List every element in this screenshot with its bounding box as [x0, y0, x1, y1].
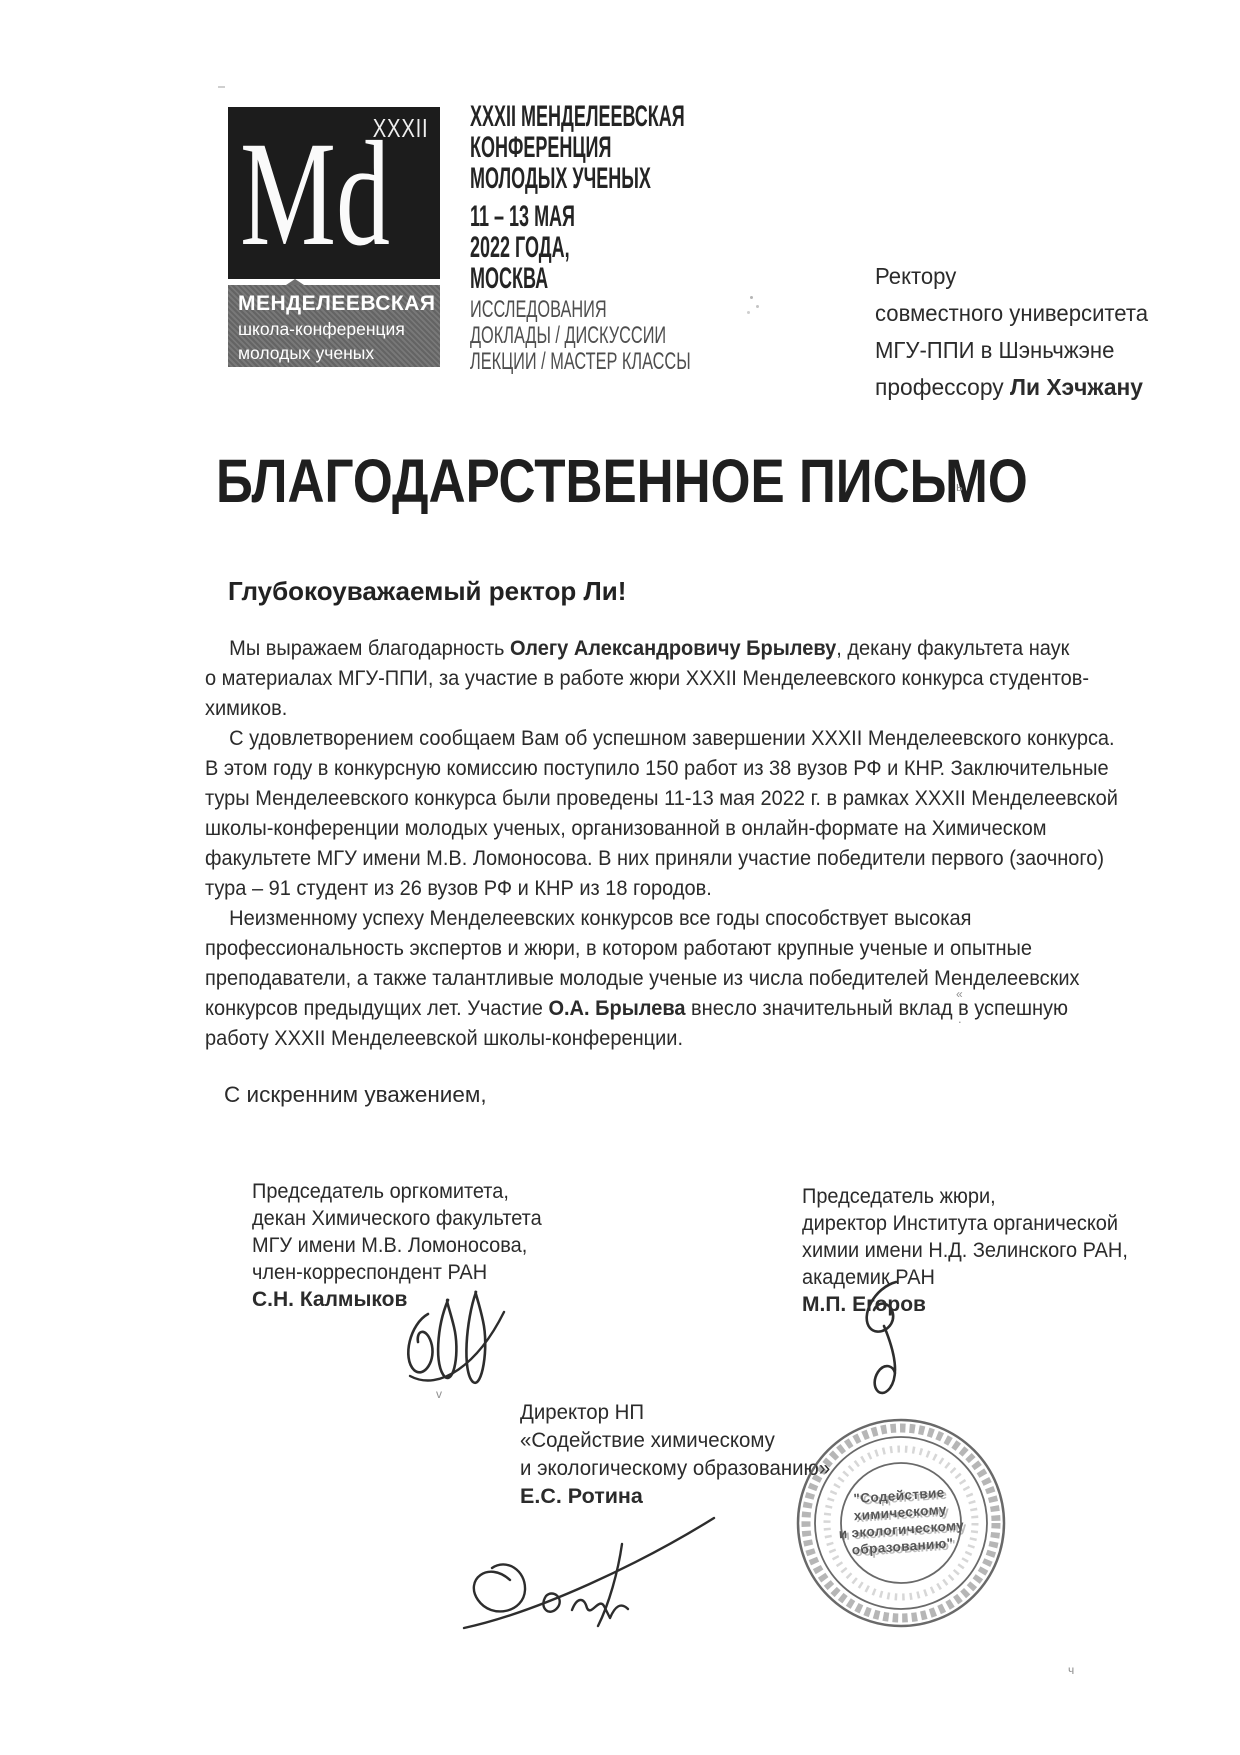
signature-stroke	[572, 1600, 628, 1618]
text-line: профессиональность экспертов и жюри, в к…	[205, 933, 977, 963]
conference-logo-band: МЕНДЕЛЕЕВСКАЯ школа-конференция молодых …	[228, 285, 440, 367]
text-line: о материалах МГУ-ППИ, за участие в работ…	[205, 663, 977, 693]
signatory-right-titles: Председатель жюри,директор Института орг…	[802, 1183, 1145, 1291]
scan-smudge	[750, 296, 753, 299]
bold-text-segment: О.А. Брылева	[548, 996, 685, 1020]
logo-band-subtitle2: молодых ученых	[238, 341, 440, 365]
text-line: химиков.	[205, 693, 977, 723]
text-line: С удовлетворением сообщаем Вам об успешн…	[205, 723, 977, 753]
text-line: конкурсов предыдущих лет. Участие О.А. Б…	[205, 993, 977, 1023]
text-line: Председатель жюри,	[802, 1183, 1128, 1210]
signatory-chairman-jury: Председатель жюри,директор Института орг…	[802, 1183, 1145, 1318]
conference-subtitle-lines: ИССЛЕДОВАНИЯДОКЛАДЫ / ДИСКУССИИЛЕКЦИИ / …	[470, 297, 890, 375]
text-line: МГУ имени М.В. Ломоносова,	[252, 1232, 542, 1259]
text-line: 2022 ГОДА,	[470, 232, 722, 263]
text-segment: конкурсов предыдущих лет. Участие	[205, 996, 548, 1020]
recipient-prefix: профессору	[875, 374, 1010, 400]
recipient-last-line: профессору Ли Хэчжану	[875, 369, 1205, 406]
logo-band-subtitle: школа-конференция	[238, 317, 440, 341]
text-line: В этом году в конкурсную комиссию поступ…	[205, 753, 977, 783]
text-line: химии имени Н.Д. Зелинского РАН,	[802, 1237, 1128, 1264]
text-line: директор Института органической	[802, 1210, 1128, 1237]
signature-stroke	[543, 1594, 559, 1612]
text-line: КОНФЕРЕНЦИЯ	[470, 132, 722, 163]
conference-title-lines: XXXII МЕНДЕЛЕЕВСКАЯКОНФЕРЕНЦИЯМОЛОДЫХ УЧ…	[470, 101, 890, 194]
text-line: МОЛОДЫХ УЧЕНЫХ	[470, 163, 722, 194]
text-line: школы-конференции молодых ученых, органи…	[205, 813, 977, 843]
signatory-left-titles: Председатель оргкомитета,декан Химическо…	[252, 1178, 557, 1286]
text-line: Директор НП	[520, 1398, 830, 1426]
text-line: Председатель оргкомитета,	[252, 1178, 542, 1205]
text-line: ИССЛЕДОВАНИЯ	[470, 297, 756, 323]
text-line: ЛЕКЦИИ / МАСТЕР КЛАССЫ	[470, 349, 756, 375]
text-line: туры Менделеевского конкурса были провед…	[205, 783, 977, 813]
signature-stroke	[474, 1564, 525, 1611]
signatory-right-name: М.П. Егоров	[802, 1291, 1145, 1318]
scan-smudge	[218, 86, 225, 88]
letter-title: БЛАГОДАРСТВЕННОЕ ПИСЬМО	[216, 451, 1028, 512]
rotina-signature	[448, 1502, 740, 1640]
text-line: преподаватели, а также талантливые молод…	[205, 963, 977, 993]
recipient-name: Ли Хэчжану	[1010, 374, 1143, 400]
text-line: и экологическому образованию»	[520, 1454, 830, 1482]
text-line: работу XXXII Менделеевской школы-конфере…	[205, 1023, 977, 1053]
text-line: факультете МГУ имени М.В. Ломоносова. В …	[205, 843, 977, 873]
closing-line: С искренним уважением,	[224, 1082, 487, 1108]
text-line: декан Химического факультета	[252, 1205, 542, 1232]
text-line: «Содействие химическому	[520, 1426, 830, 1454]
conference-date-lines: 11 – 13 МАЯ2022 ГОДА,МОСКВА	[470, 201, 890, 294]
text-segment: внесло значительный вклад в успешную	[685, 996, 1068, 1020]
signature-stroke	[875, 1326, 895, 1393]
text-line: МГУ-ППИ в Шэньчжэне	[875, 332, 1195, 369]
scan-speck: «	[956, 988, 963, 1000]
signatory-left-name: С.Н. Калмыков	[252, 1286, 557, 1313]
signature-stroke	[408, 1314, 432, 1372]
conference-header: XXXII МЕНДЕЛЕЕВСКАЯКОНФЕРЕНЦИЯМОЛОДЫХ УЧ…	[470, 101, 890, 375]
recipient-lines: Ректорусовместного университетаМГУ-ППИ в…	[875, 258, 1205, 369]
scan-speck: .	[958, 1012, 962, 1025]
letter-body: Мы выражаем благодарность Олегу Александ…	[205, 633, 1035, 1053]
scan-speck: ч	[1068, 1664, 1074, 1676]
text-line: Ректору	[875, 258, 1195, 295]
signature-stroke	[598, 1544, 622, 1626]
logo-band-notch	[286, 279, 304, 285]
signatory-chairman-orgcommittee: Председатель оргкомитета,декан Химическо…	[252, 1178, 557, 1313]
recipient-block: Ректорусовместного университетаМГУ-ППИ в…	[875, 258, 1215, 406]
text-line: Неизменному успеху Менделеевских конкурс…	[205, 903, 977, 933]
text-line: совместного университета	[875, 295, 1195, 332]
text-line: МОСКВА	[470, 263, 722, 294]
conference-logo-box: XXXII Md	[228, 107, 440, 279]
text-line: академик РАН	[802, 1264, 1128, 1291]
scan-speck: ь	[956, 480, 963, 493]
bold-text-segment: Олегу Александровичу Брылеву	[510, 636, 836, 660]
text-line: XXXII МЕНДЕЛЕЕВСКАЯ	[470, 101, 722, 132]
text-line: член-корреспондент РАН	[252, 1259, 542, 1286]
org-stamp: "Содействие химическому и экологическому…	[794, 1416, 1008, 1630]
text-line: Мы выражаем благодарность Олегу Александ…	[205, 633, 977, 663]
scan-speck: v	[436, 1388, 442, 1400]
letter-page: XXXII Md МЕНДЕЛЕЕВСКАЯ школа-конференция…	[0, 0, 1240, 1755]
text-line: тура – 91 студент из 26 вузов РФ и КНР и…	[205, 873, 977, 903]
logo-md-symbol: Md	[240, 119, 390, 269]
signature-stroke	[410, 1312, 504, 1380]
logo-band-title: МЕНДЕЛЕЕВСКАЯ	[238, 291, 440, 317]
text-line: 11 – 13 МАЯ	[470, 201, 722, 232]
salutation: Глубокоуважаемый ректор Ли!	[228, 576, 626, 607]
text-line: ДОКЛАДЫ / ДИСКУССИИ	[470, 323, 756, 349]
signature-stroke	[464, 1518, 714, 1628]
text-segment: Мы выражаем благодарность	[229, 636, 510, 660]
text-segment: , декану факультета наук	[836, 636, 1069, 660]
